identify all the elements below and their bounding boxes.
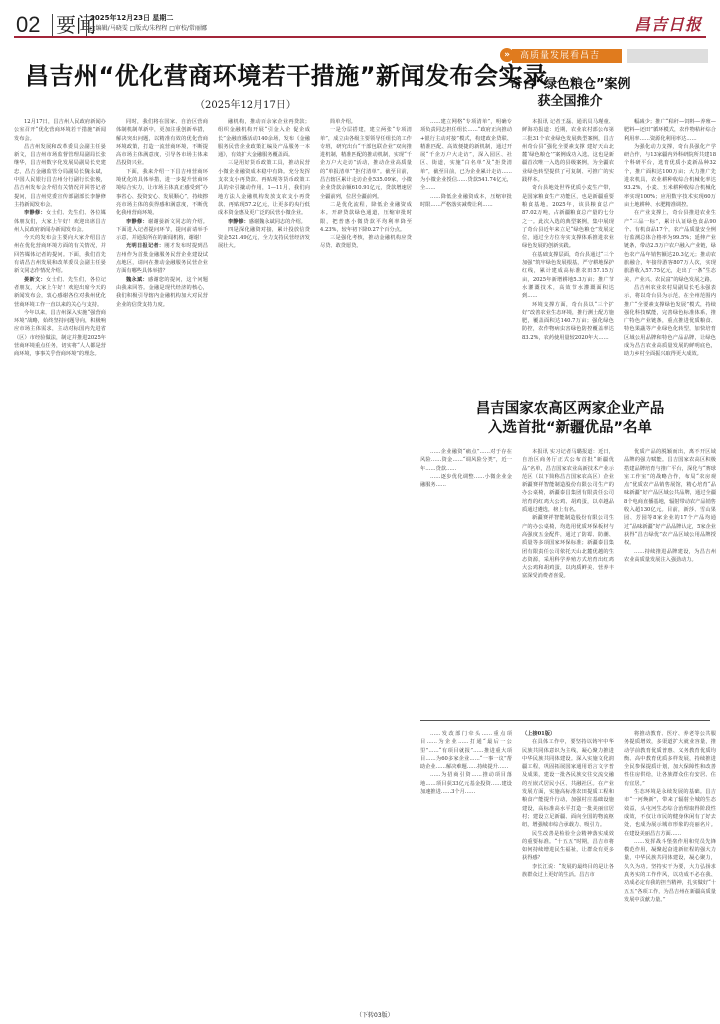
article-paragraph: ……持续推进品牌建设，为昌吉州农业高质量发展注入强劲动力。 (624, 548, 716, 565)
newspaper-logo: 昌吉日报 (634, 12, 702, 35)
article-paragraph: 民生改善是检验全会精神落实成效的重要标准。“十五五”时期，昌吉市将如何持续增进民… (522, 830, 614, 863)
speaker-name: 李静修： (24, 210, 46, 216)
article-paragraph: ……企业融资“痛点”……对于存在风险……资金……“调风险分类”，近一年……贷款…… (420, 448, 512, 473)
article-paragraph: 三是强化考核，推动金融机构应贷尽贷、敢贷愿贷。 (320, 234, 412, 251)
header-divider (86, 14, 87, 36)
article-paragraph: 本报讯 记者王磊、通讯员马瑾童、鲜海功报道：近期，农业农村部公布第三批31个农业… (522, 118, 614, 184)
article-paragraph: 下面，我来介绍一下昌吉州营商环境优化的具体举措，进一步提升营商环境综合实力，让市… (116, 168, 208, 218)
header-divider (52, 14, 53, 36)
article-column: 本报讯 实习记者马璐报道：近日，自治区商务厅正式公布首批“新疆优品”名单，昌吉国… (522, 448, 614, 698)
speaker-name: 李静修： (126, 219, 148, 225)
section-banner: 高质量发展看昌吉 » (500, 48, 708, 64)
article-paragraph: 今天的发布会主要向大家介绍昌吉州在优化营商环境方面的有关情况，并回答媒体记者的提… (14, 234, 106, 275)
article-paragraph: 将推动教育、医疗、养老等公共服务提质增效，多渠道扩大就业容量，推动学前教育优质普… (624, 730, 716, 788)
article-paragraph: 奇台县地处世界优质小麦生产带，是国家粮食生产功能区，也是新疆重要粮食基地。202… (522, 184, 614, 250)
article-column: （上接01版）在具体工作中，要坚持以铸牢中华民族共同体意识为主线，凝心聚力推进中… (522, 730, 614, 1010)
article-paragraph: 在产业支撑上，奇台县推进农业生产“三品一标”，累计认证绿色食品90个、有机食品1… (624, 209, 716, 284)
article-paragraph: ……逐步优化调整……小微企业金融服务…… (420, 473, 512, 490)
article-paragraph: 三是用好货币政策工具，推动民营小微企业融资成本稳中有降。充分发挥支农支小再贷款、… (218, 159, 310, 217)
article-paragraph: 本报讯 实习记者马璐报道：近日，自治区商务厅正式公布首批“新疆优品”名单，昌吉国… (522, 448, 614, 514)
article-paragraph: 同时，我们将在国家、自治区营商体制机制革新中，更加注重创新举措，解决突出问题，以… (116, 118, 208, 168)
article-paragraph: 优质产品的脱颖而出，离不开区域品牌的强力赋能。昌吉国家农高区积极搭建品牌培育与推… (624, 448, 716, 548)
speaker-name: 李静修： (228, 219, 249, 225)
speaker-name: 魏永斌： (126, 277, 148, 283)
banner-bar (627, 49, 708, 63)
title-line: 获全国推介 (420, 93, 720, 110)
title-line: 昌吉国家农高区两家企业产品 (420, 400, 720, 419)
article-paragraph: 融机构，推动百余家企业再贷款；组织金融机构开展“引金入企 促企成长”金融直播活动… (218, 118, 310, 159)
article-paragraph: 为强化动力支撑，奇台县强化产学研合作，与13家疆内外科研院所共建18个科研平台，… (624, 143, 716, 209)
article-paragraph: 新疆赛祥智能制造股份有限公司生产的办公桌椅，均选用优质环保板材与高强度五金配件，… (522, 514, 614, 580)
article-paragraph: 李静修：感谢魏永斌同志的介绍。 (218, 218, 310, 226)
article-column: ……企业融资“痛点”……对于存在风险……资金……“调风险分类”，近一年……贷款…… (420, 448, 512, 698)
publication-date: 2025年12月23日 星期二 (90, 14, 173, 23)
article-paragraph: ……发挥战斗堡垒作用和党员先锋模范作用，凝聚起奋进新征程的强大力量，中华民族共同… (624, 838, 716, 904)
speaker-name: 晏新文： (24, 277, 46, 283)
article-paragraph: 一是分层搭建，建立两张“专项清单”，成立由各级主要领导任组长的工作专班，研究出台… (320, 126, 412, 201)
article-paragraph: 生态环境是永续发展的基础。昌吉市“一河焕新”，带来了辐射全城的生态效益，头屯河生… (624, 788, 716, 838)
article-column: 12月17日，昌吉州人民政府新闻办公室召开“优化营商环境若干措施”新闻发布会。昌… (14, 118, 106, 968)
title-line: 入选首批“新疆优品”名单 (420, 419, 720, 438)
article-paragraph: 二是优化流程，降低企业融资成本。开辟贷款绿色通道，压缩审批时限，把普惠小微贷款平… (320, 201, 412, 234)
jump-to-page-note: （下转03版） (356, 1010, 394, 1019)
article-paragraph: ……建立网格“专项清单”，明确专项负责同志担任组长……“政府正向推动+银行主动对… (420, 118, 512, 193)
editorial-staff: □编辑/马晓雯 □版式/朱程程 □审校/常丽娜 (90, 25, 207, 33)
article-column: ……建立网格“专项清单”，明确专项负责同志担任组长……“政府正向推动+银行主动对… (420, 118, 512, 388)
article-paragraph: 今年以来，昌吉州深入实施“强营商环境”战略，始终坚持问题导向，积极响应市场主体需… (14, 309, 106, 359)
article-paragraph: 晏新文：女士们、先生们，各位记者朋友，大家上午好！欢迎出席今天的新闻发布会，衷心… (14, 276, 106, 309)
article-paragraph: 幅减少；推广“秸秆—饲料—养殖—肥料—还田”循环模式，农作物秸秆综合利用率……资… (624, 118, 716, 143)
article-column: 优质产品的脱颖而出，离不开区域品牌的强力赋能。昌吉国家农高区积极搭建品牌培育与推… (624, 448, 716, 698)
youpin-story-title: 昌吉国家农高区两家企业产品 入选首批“新疆优品”名单 (420, 400, 720, 438)
main-article-body: 12月17日，昌吉州人民政府新闻办公室召开“优化营商环境若干措施”新闻发布会。昌… (14, 118, 418, 1018)
qitai-story-title: 奇台“绿色粮仓”案例 获全国推介 (420, 76, 720, 110)
article-paragraph: 昌吉州发展和改革委员会副主任晏新文，昌吉州市场监督管理局副局长张继华，昌吉州数字… (14, 143, 106, 209)
article-paragraph: ……降低企业融资成本，压缩审批时限……严格落实减费让利…… (420, 193, 512, 210)
article-paragraph: 昌吉州农业农村局副局长毛永强表示，将以奇台县为示范，在全州范围内推广“全要素支撑… (624, 284, 716, 359)
article-paragraph: 12月17日，昌吉州人民政府新闻办公室召开“优化营商环境若干措施”新闻发布会。 (14, 118, 106, 143)
article-paragraph: 四是深化融资对接，累计投放信贷资金521.49亿元，全力支持民营经济发展壮大。 (218, 226, 310, 251)
article-paragraph: 环境支撑方面，奇台县以“三个扩好”改善农业生态环境，推行测土配方施肥，覆盖面积达… (522, 301, 614, 342)
article-column: 将推动教育、医疗、养老等公共服务提质增效，多渠道扩大就业容量，推动学前教育优质普… (624, 730, 716, 1010)
article-column: 幅减少；推广“秸秆—饲料—养殖—肥料—还田”循环模式，农作物秸秆综合利用率……资… (624, 118, 716, 388)
article-column: 本报讯 记者王磊、通讯员马瑾童、鲜海功报道：近期，农业农村部公布第三批31个农业… (522, 118, 614, 388)
article-paragraph: 在具体工作中，要坚持以铸牢中华民族共同体意识为主线，凝心聚力推进中华民族共同体建… (522, 738, 614, 829)
page-number: 02 (16, 14, 40, 36)
article-paragraph: （上接01版） (522, 730, 614, 738)
article-paragraph: ……为招商引资……推动项目落地……项目获33亿元基金投资……建设加速推进……3个… (420, 771, 512, 796)
title-line: 奇台“绿色粮仓”案例 (420, 76, 720, 93)
article-paragraph: 李静修：女士们、先生们、各位媒体朋友们，大家上午好！欢迎出席昌吉州人民政府新闻办… (14, 209, 106, 234)
article-paragraph: 简单介绍。 (320, 118, 412, 126)
banner-label: 高质量发展看昌吉 (512, 49, 622, 63)
article-paragraph: ……发改部门牵头……重点项目……为企业……打通“最后一公里”……“有项目就报”…… (420, 730, 512, 771)
article-column: 同时，我们将在国家、自治区营商体制机制革新中，更加注重创新举措，解决突出问题，以… (116, 118, 208, 968)
article-paragraph: 魏永斌：感谢您的提问，这个问题由我来回答。金融是现代经济的核心，我们积极引导辖内… (116, 276, 208, 309)
main-article-date: （2025年12月17日） (195, 96, 296, 111)
double-chevron-right-icon: » (500, 48, 514, 62)
continued-story-body: ……发改部门牵头……重点项目……为企业……打通“最后一公里”……“有项目就报”…… (420, 730, 720, 1020)
article-paragraph: 光明日报记者：刚才发布时提到昌吉州作为首批金融服务民营企业建设试点地区，请问在推… (116, 242, 208, 275)
qitai-story-body: ……建立网格“专项清单”，明确专项负责同志担任组长……“政府正向推动+银行主动对… (420, 118, 720, 388)
article-column: ……发改部门牵头……重点项目……为企业……打通“最后一公里”……“有项目就报”…… (420, 730, 512, 1010)
speaker-name: 光明日报记者： (126, 243, 164, 249)
page-header: 02 要闻 2025年12月23日 星期二 □编辑/马晓雯 □版式/朱程程 □审… (14, 8, 706, 38)
story-divider (420, 720, 710, 721)
article-column: 简单介绍。一是分层搭建，建立两张“专项清单”，成立由各级主要领导任组长的工作专班… (320, 118, 412, 968)
youpin-story-body: ……企业融资“痛点”……对于存在风险……资金……“调风险分类”，近一年……贷款…… (420, 448, 720, 698)
article-paragraph: 李长江说：“发展的最终目的是让各族群众过上更好的生活。昌吉市 (522, 863, 614, 880)
article-column: 融机构，推动百余家企业再贷款；组织金融机构开展“引金入企 促企成长”金融直播活动… (218, 118, 310, 968)
article-paragraph: 李静修：谢谢晏新文同志的介绍。下面进入记者提问环节，提问前请举手示意，并通报所在… (116, 218, 208, 243)
article-paragraph: 在基础支撑层面，奇台县通过“三个加强”筑牢绿色发展根基，严守耕地保护红线，累计建… (522, 251, 614, 301)
